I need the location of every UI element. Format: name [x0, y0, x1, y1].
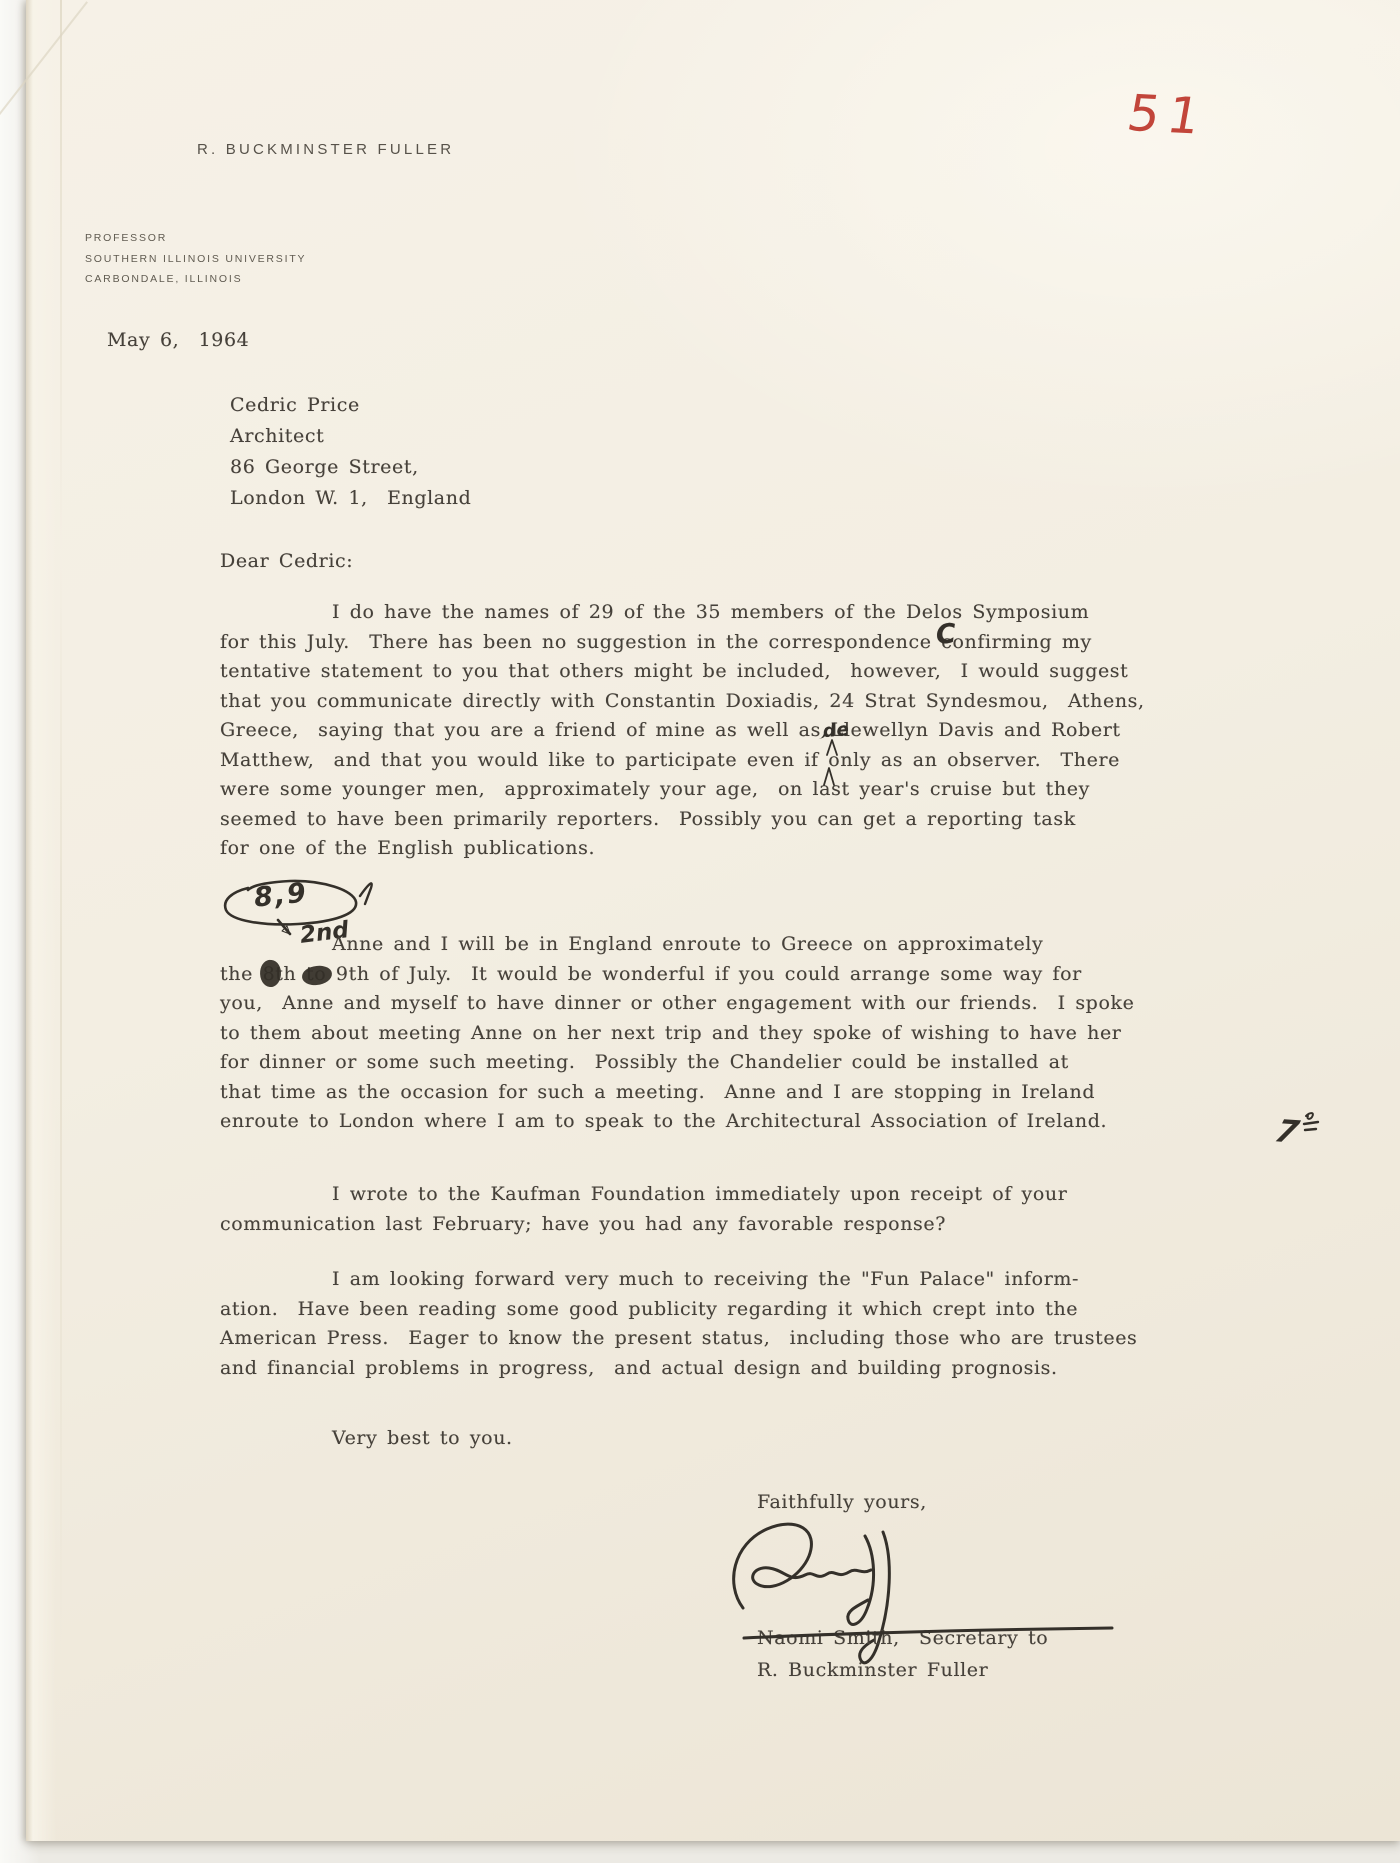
paper-crease — [60, 0, 62, 1841]
letter-line: ation. Have been reading some good publi… — [220, 1295, 1137, 1325]
letter-line: were some younger men, approximately you… — [220, 775, 1145, 805]
body-paragraph-3: I wrote to the Kaufman Foundation immedi… — [220, 1180, 1067, 1239]
letterhead-role: PROFESSOR SOUTHERN ILLINOIS UNIVERSITY C… — [85, 228, 306, 290]
letter-line: for dinner or some such meeting. Possibl… — [220, 1048, 1134, 1078]
letter-line: that time as the occasion for such a mee… — [220, 1078, 1134, 1108]
letter-line: Matthew, and that you would like to part… — [220, 746, 1145, 776]
handwritten-insert-de: de — [821, 715, 850, 747]
struck-over-to: to — [306, 960, 326, 990]
body-paragraph-2: Anne and I will be in England enroute to… — [220, 930, 1134, 1137]
letter-line: to them about meeting Anne on her next t… — [220, 1019, 1134, 1049]
handwritten-7: 7 — [1271, 1114, 1303, 1151]
letter-line: and financial problems in progress, and … — [220, 1354, 1137, 1384]
letter-line: Anne and I will be in England enroute to… — [220, 930, 1134, 960]
letter-line: for one of the English publications. — [220, 834, 1145, 864]
letter-line: you, Anne and myself to have dinner or o… — [220, 989, 1134, 1019]
handwritten-capital-c: C — [935, 620, 957, 648]
letter-line: tentative statement to you that others m… — [220, 657, 1145, 687]
scanned-letter-page: R. BUCKMINSTER FULLER PROFESSOR SOUTHERN… — [0, 0, 1400, 1863]
letter-line: that you communicate directly with Const… — [220, 687, 1145, 717]
recipient-title: Architect — [230, 421, 471, 452]
struck-over-8: 8 — [263, 960, 276, 990]
letter-line: the 8th to 9th of July. It would be wond… — [220, 960, 1134, 990]
letter-line: I am looking forward very much to receiv… — [220, 1265, 1137, 1295]
letter-line: seemed to have been primarily reporters.… — [220, 805, 1145, 835]
body-paragraph-1: I do have the names of 29 of the 35 memb… — [220, 598, 1145, 864]
signer-name: R. Buckminster Fuller — [757, 1656, 988, 1686]
letter-line: I do have the names of 29 of the 35 memb… — [220, 598, 1145, 628]
strikethrough-stroke — [740, 1618, 1120, 1648]
letter-date: May 6, 1964 — [107, 326, 249, 356]
handwritten-8-9: 8,9 — [253, 877, 310, 913]
handwritten-margin-note: 7 — [1276, 1114, 1336, 1164]
recipient-name: Cedric Price — [230, 390, 471, 421]
caret-icon — [822, 766, 836, 786]
valediction: Very best to you. — [332, 1424, 513, 1454]
letter-line: Greece, saying that you are a friend of … — [220, 716, 1145, 746]
flourish-mark-icon — [1302, 1110, 1328, 1134]
handwritten-page-number: 51 — [1123, 84, 1213, 146]
letterhead-name: R. BUCKMINSTER FULLER — [197, 141, 454, 158]
recipient-address: Cedric Price Architect 86 George Street,… — [230, 390, 471, 514]
recipient-street: 86 George Street, — [230, 452, 471, 483]
letter-line: I wrote to the Kaufman Foundation immedi… — [220, 1180, 1067, 1210]
letter-line: enroute to London where I am to speak to… — [220, 1107, 1134, 1137]
letter-line: communication last February; have you ha… — [220, 1210, 1067, 1240]
letter-paper: R. BUCKMINSTER FULLER PROFESSOR SOUTHERN… — [26, 0, 1400, 1841]
salutation: Dear Cedric: — [220, 547, 353, 577]
recipient-city: London W. 1, England — [230, 483, 471, 514]
letter-line: American Press. Eager to know the presen… — [220, 1324, 1137, 1354]
body-paragraph-4: I am looking forward very much to receiv… — [220, 1265, 1137, 1383]
corrected-word: Cconfirming — [941, 628, 1052, 658]
letter-line: for this July. There has been no suggest… — [220, 628, 1145, 658]
